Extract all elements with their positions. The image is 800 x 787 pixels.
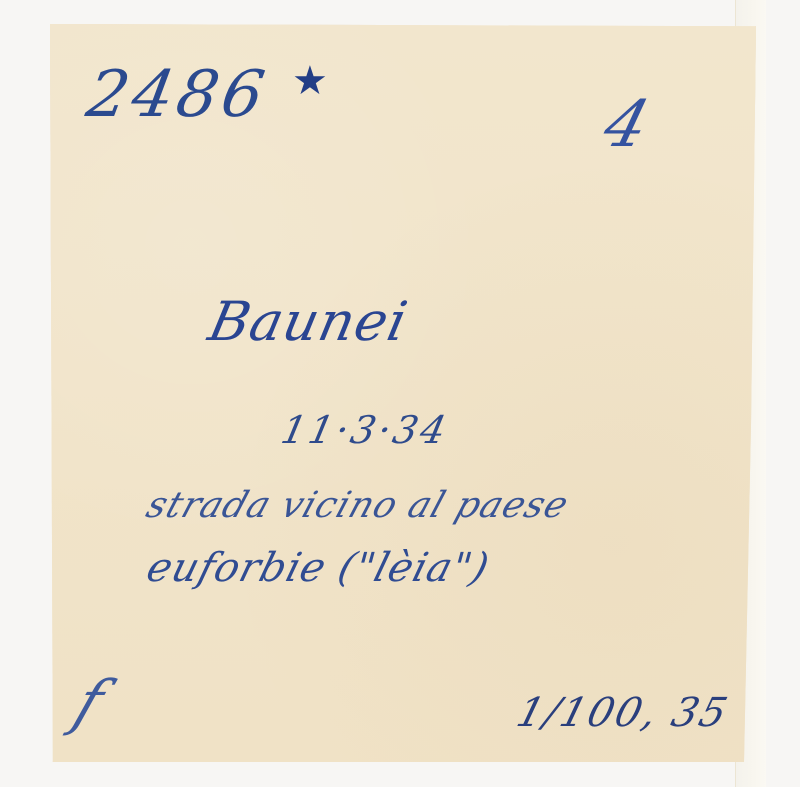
locality-name: Baunei [203, 290, 413, 353]
collection-date: 11·3·34 [277, 408, 452, 452]
habitat-note-line2: euforbie ("lèia") [142, 545, 495, 591]
catalog-number: 2486 [81, 58, 273, 132]
star-icon: ★ [292, 58, 329, 104]
habitat-note-line1: strada vicino al paese [141, 485, 574, 526]
specimen-label-paper [50, 24, 756, 762]
scale-note: 1/100, 35 [512, 690, 734, 736]
